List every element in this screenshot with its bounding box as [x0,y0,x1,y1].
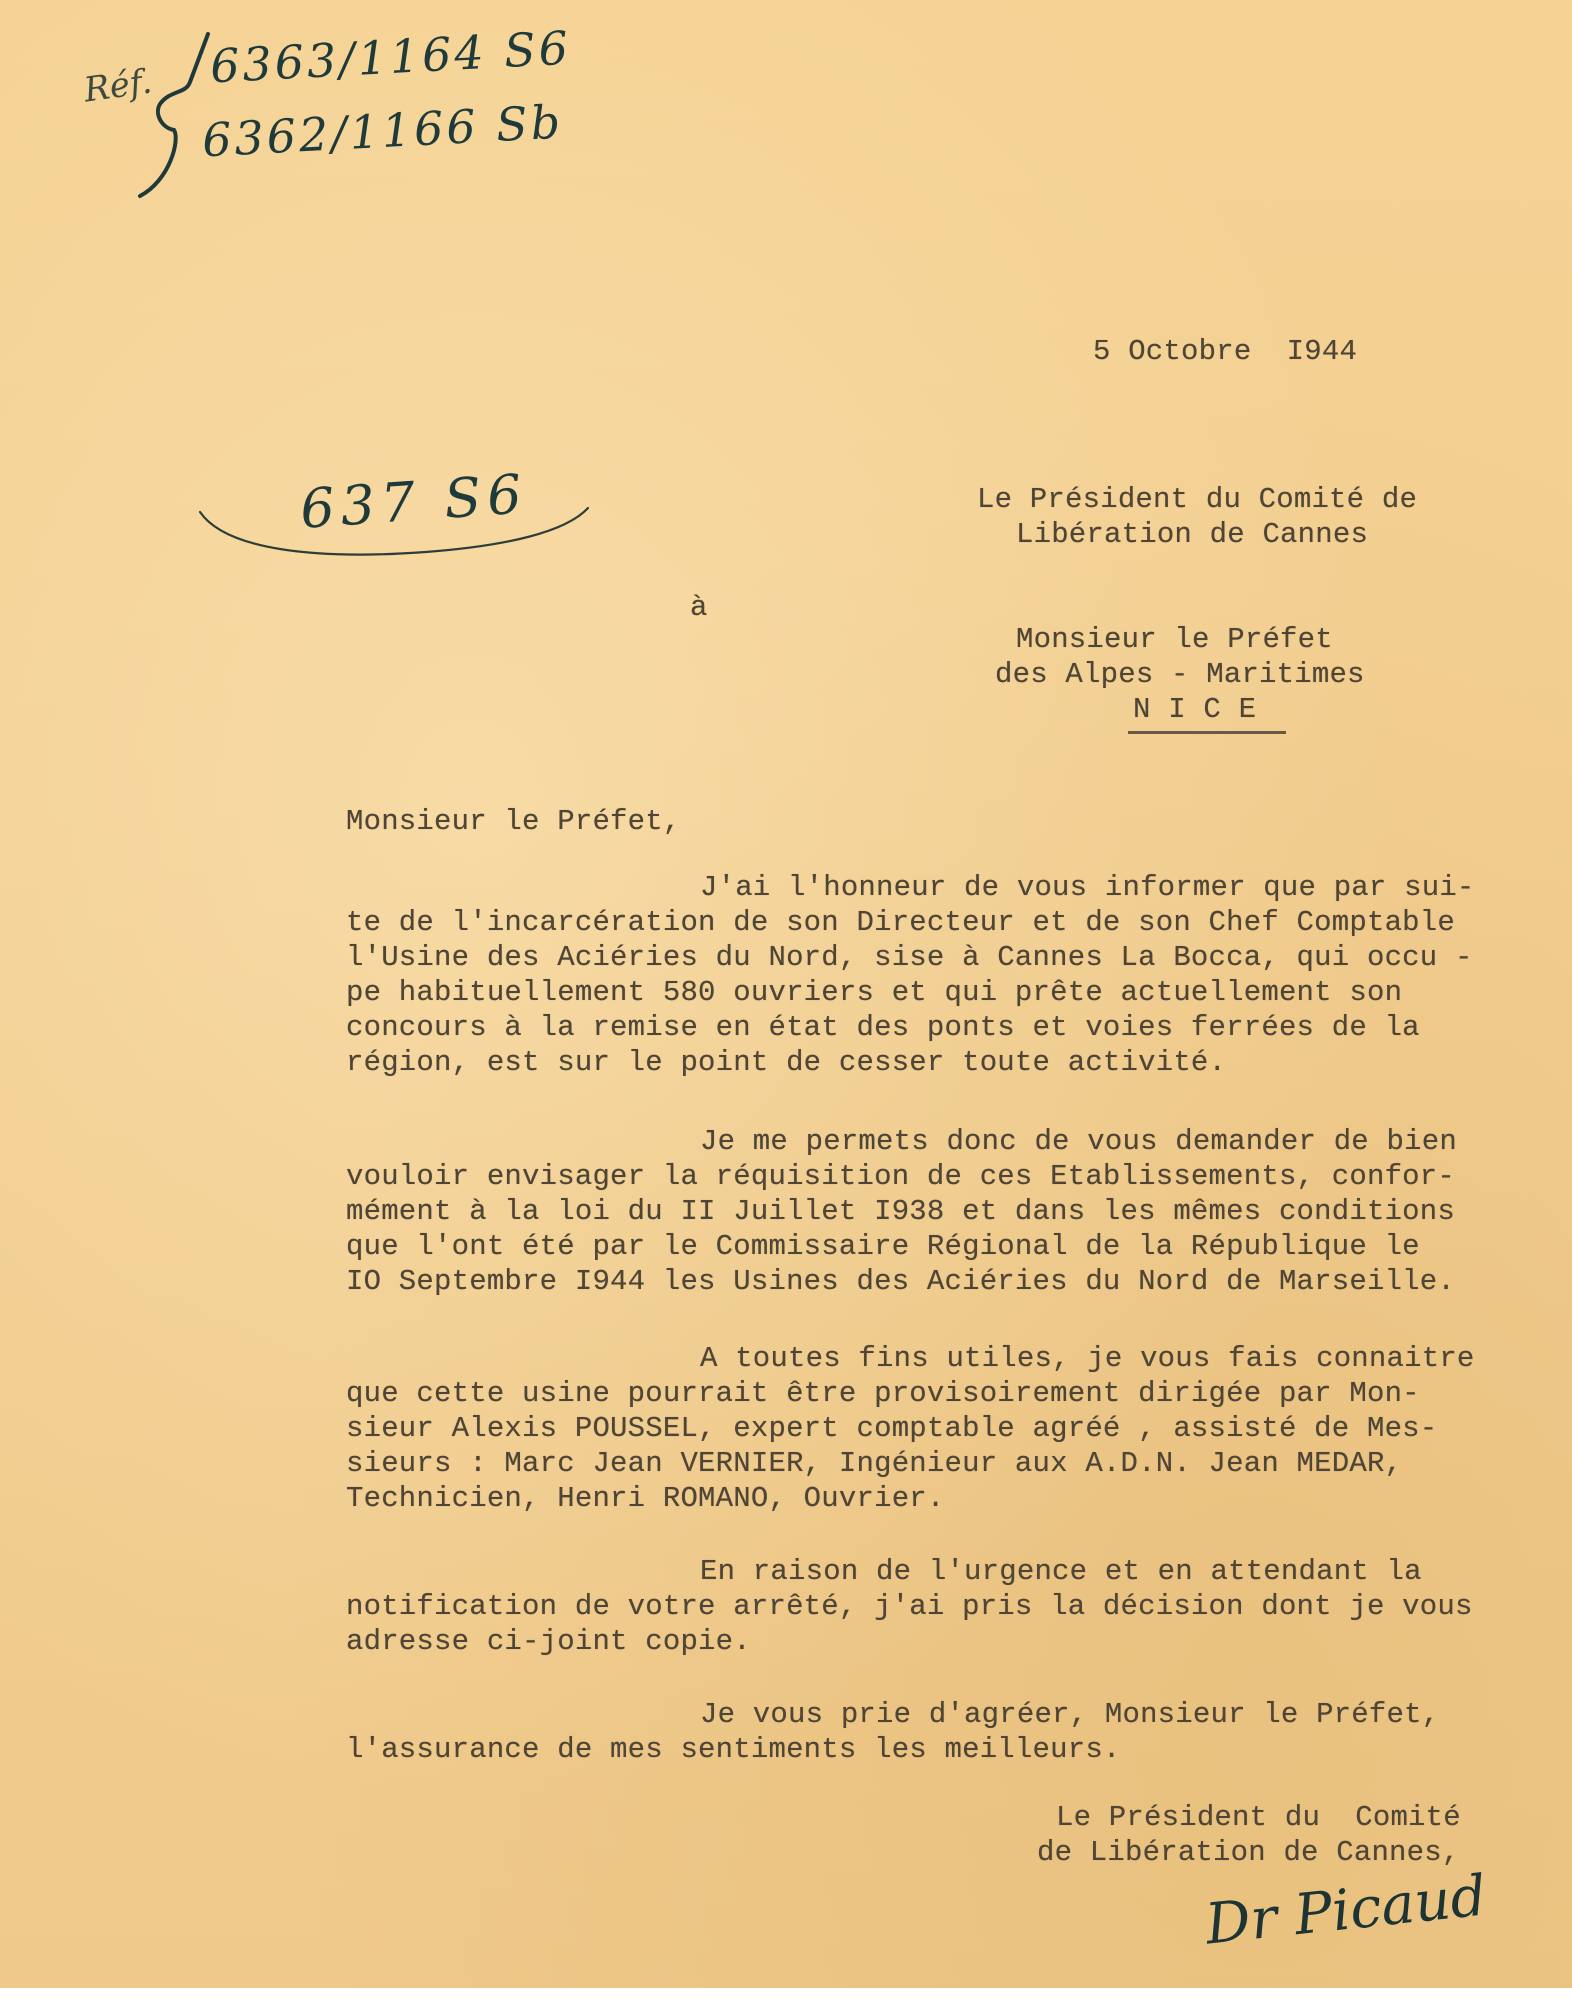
paragraph-line: J'ai l'honneur de vous informer que par … [700,870,1475,905]
paragraph-line: sieur Alexis POUSSEL, expert comptable a… [346,1411,1437,1446]
paragraph-line: mément à la loi du II Juillet I938 et da… [346,1194,1455,1229]
recipient-line-1: Monsieur le Préfet [1016,622,1333,657]
ref-number-1: 6363/1164 S6 [209,21,572,94]
paragraph-line: sieurs : Marc Jean VERNIER, Ingénieur au… [346,1446,1402,1481]
to-word: à [690,590,708,625]
closing-line-2: de Libération de Cannes, [1037,1835,1459,1870]
recipient-city: N I C E [1133,692,1256,727]
paragraph-line: Je vous prie d'agréer, Monsieur le Préfe… [700,1697,1439,1732]
paragraph-line: Technicien, Henri ROMANO, Ouvrier. [346,1481,945,1516]
recipient-line-2: des Alpes - Maritimes [995,657,1365,692]
paragraph-line: que cette usine pourrait être provisoire… [346,1376,1420,1411]
ref-number-2: 6362/1166 Sb [201,95,565,168]
paragraph-line: A toutes fins utiles, je vous fais conna… [700,1341,1475,1376]
paragraph-line: que l'ont été par le Commissaire Régiona… [346,1229,1420,1264]
paragraph-line: En raison de l'urgence et en attendant l… [700,1554,1422,1589]
closing-line-1: Le Président du Comité [1056,1800,1461,1835]
sender-line-1: Le Président du Comité de [977,482,1417,517]
letter-page: Réf. 6363/1164 S6 6362/1166 Sb 5 Octobre… [0,0,1572,1988]
paragraph-line: l'assurance de mes sentiments les meille… [346,1732,1121,1767]
paragraph-line: l'Usine des Aciéries du Nord, sise à Can… [346,940,1473,975]
city-underline [1128,731,1286,734]
salutation: Monsieur le Préfet, [346,804,680,839]
swoosh-underline-icon [196,500,616,580]
signature: Dr Picaud [1202,1863,1489,1957]
paragraph-line: région, est sur le point de cesser toute… [346,1045,1226,1080]
paragraph-line: concours à la remise en état des ponts e… [346,1010,1420,1045]
paragraph-line: adresse ci-joint copie. [346,1624,751,1659]
sender-line-2: Libération de Cannes [1016,517,1368,552]
paragraph-line: pe habituellement 580 ouvriers et qui pr… [346,975,1402,1010]
paragraph-line: Je me permets donc de vous demander de b… [700,1124,1457,1159]
paragraph-line: IO Septembre I944 les Usines des Aciérie… [346,1264,1455,1299]
paragraph-line: te de l'incarcération de son Directeur e… [346,905,1455,940]
paragraph-line: vouloir envisager la réquisition de ces … [346,1159,1455,1194]
paragraph-line: notification de votre arrêté, j'ai pris … [346,1589,1473,1624]
letter-date: 5 Octobre I944 [1093,334,1357,369]
